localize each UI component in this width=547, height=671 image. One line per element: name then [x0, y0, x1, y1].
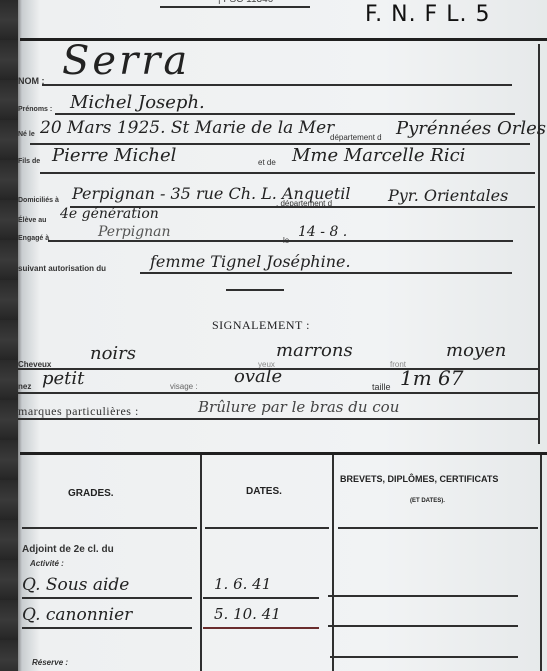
prenoms-value: Michel Joseph. [70, 92, 205, 113]
header-dates: DATES. [246, 486, 282, 497]
visage-value: ovale [234, 366, 282, 387]
taille-value: 1m 67 [400, 366, 464, 390]
rule [338, 527, 538, 529]
ecole-label: Élève au [18, 217, 46, 224]
nom-label: NOM : [18, 76, 45, 86]
nom-value: Serra [62, 38, 190, 84]
date-row-1: 1. 6. 41 [214, 575, 271, 593]
rule [330, 656, 518, 658]
fnfl-stamp: F. N. F L. 5 [365, 2, 490, 27]
col-divider [200, 455, 202, 671]
cheveux-value: noirs [90, 343, 136, 364]
activite-label: Activité : [30, 559, 64, 568]
grade-row-2: Q. canonnier [22, 605, 132, 625]
registry-card: ¦ FSC 11346 F. N. F L. 5 NOM : Serra Pré… [0, 0, 547, 671]
engagement-date-value: 14 - 8 . [298, 224, 347, 240]
nez-label: nez [18, 382, 31, 391]
rule [205, 527, 329, 529]
rule [22, 527, 197, 529]
rule [22, 597, 192, 599]
autorisation-label: suivant autorisation du [18, 264, 106, 273]
autorisation-value: femme Tignel Joséphine. [150, 252, 351, 271]
rule [140, 272, 512, 274]
yeux-value: marrons [276, 340, 353, 361]
top-reference: ¦ FSC 11346 [218, 0, 273, 5]
domicile-departement-value: Pyr. Orientales [388, 186, 508, 205]
reserve-label: Réserve : [32, 658, 68, 667]
rule [18, 418, 538, 420]
signalement-title: SIGNALEMENT : [212, 318, 310, 333]
rule [48, 240, 513, 242]
visage-label: visage : [170, 382, 198, 391]
engagement-label: Engagé à [18, 235, 49, 242]
rule [328, 595, 518, 597]
grades-intro: Adjoint de 2e cl. du [22, 544, 114, 555]
front-value: moyen [446, 340, 506, 361]
date-row-2: 5. 10. 41 [214, 605, 281, 623]
mother-label: et de [258, 158, 276, 167]
mother-value: Mme Marcelle Rici [292, 145, 465, 166]
top-rule [160, 6, 310, 8]
nez-value: petit [42, 368, 84, 389]
parents-label: Fils de [18, 158, 40, 165]
rule [42, 84, 512, 86]
grade-row-1: Q. Sous aide [22, 575, 129, 595]
rule [328, 625, 518, 627]
book-binding [0, 0, 18, 671]
rule [22, 627, 192, 629]
rule [226, 289, 284, 291]
taille-label: taille [372, 382, 391, 392]
naissance-departement-label: département d [330, 133, 382, 142]
rule [18, 392, 538, 394]
domicile-label: Domiciliés à [18, 197, 59, 204]
header-grades: GRADES. [68, 488, 114, 499]
header-brevets-sub: (ET DATES). [410, 498, 445, 504]
marques-label: marques particulières : [18, 404, 139, 419]
rule [40, 172, 535, 174]
naissance-value: 20 Mars 1925. St Marie de la Mer [40, 118, 334, 138]
naissance-departement-value: Pyrénnées Orles [396, 118, 546, 139]
naissance-label: Né le [18, 131, 35, 138]
col-divider [540, 455, 542, 671]
header-brevets: BREVETS, DIPLÔMES, CERTIFICATS [340, 474, 498, 484]
ecole-value: 4e génération [60, 206, 159, 222]
prenoms-label: Prénoms : [18, 106, 52, 113]
table-top-border [20, 452, 547, 455]
engagement-value: Perpignan [98, 224, 171, 240]
marques-value: Brûlure par le bras du cou [198, 398, 399, 416]
father-value: Pierre Michel [52, 145, 176, 166]
rule [55, 113, 515, 115]
right-border [538, 44, 540, 444]
rule [203, 627, 319, 629]
rule [203, 597, 319, 599]
col-divider [332, 455, 334, 671]
